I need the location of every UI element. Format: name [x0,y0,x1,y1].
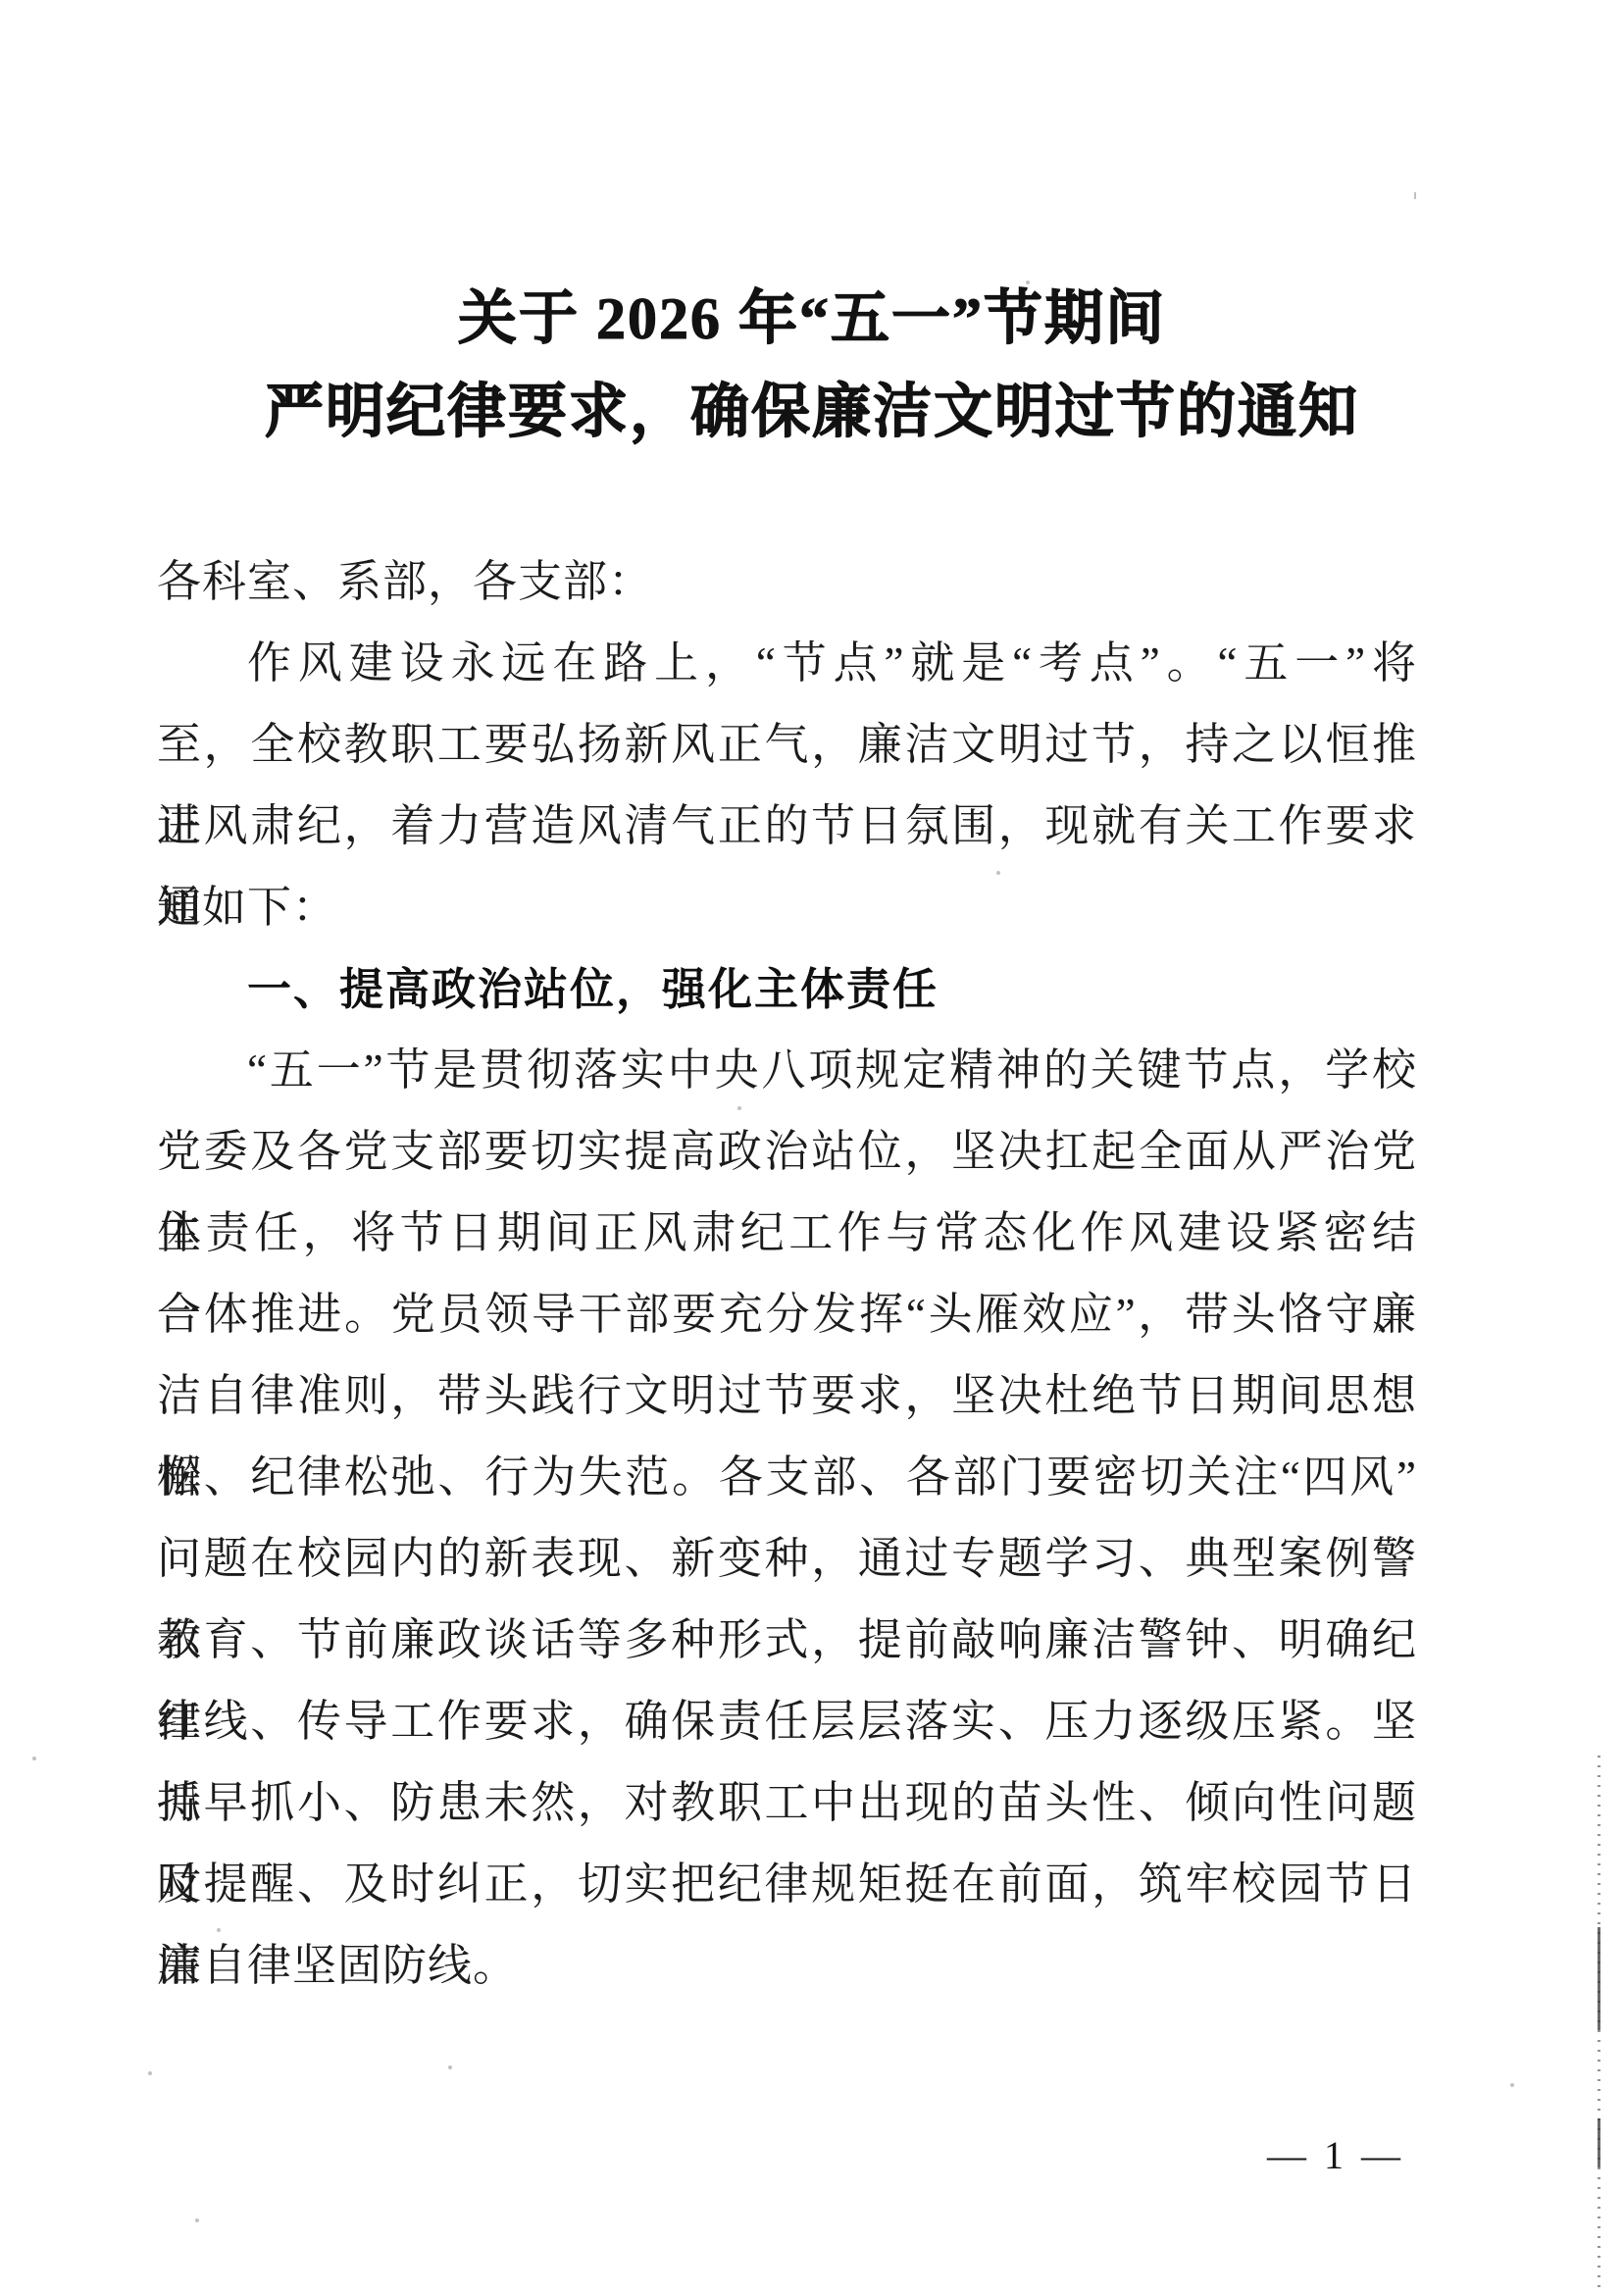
document-title: 关于 2026 年“五一”节期间 严明纪律要求，确保廉洁文明过节的通知 [0,273,1624,459]
body-line: 正风肃纪，着力营造风清气正的节日氛围，现就有关工作要求通 [157,786,1417,867]
scan-edge-artifact [1598,2118,1600,2167]
scan-speck [1026,280,1030,284]
section-heading: 一、提高政治站位，强化主体责任 [157,948,1417,1030]
scan-speck [1414,192,1416,199]
body-text: 各科室、系部，各支部：作风建设永远在路上，“节点”就是“考点”。“五一”将至，全… [157,541,1417,2007]
body-line: 知如下： [157,867,1417,948]
body-line: 问题在校园内的新表现、新变种，通过专题学习、典型案例警示 [157,1518,1417,1600]
document-page: 关于 2026 年“五一”节期间 严明纪律要求，确保廉洁文明过节的通知 各科室、… [0,0,1624,2293]
body-line: 各科室、系部，各支部： [157,541,1417,623]
scan-edge-artifact [1598,1927,1600,2030]
body-line: 懈、纪律松弛、行为失范。各支部、各部门要密切关注“四风” [157,1437,1417,1518]
body-line: 体责任，将节日期间正风肃纪工作与常态化作风建设紧密结合、 [157,1193,1417,1274]
scan-speck [148,2071,152,2075]
body-line: 洁自律坚固防线。 [157,1925,1417,2007]
body-line: 教育、节前廉政谈话等多种形式，提前敲响廉洁警钟、明确纪律 [157,1600,1417,1681]
body-line: 红线、传导工作要求，确保责任层层落实、压力逐级压紧。坚持 [157,1681,1417,1762]
body-line: 作风建设永远在路上，“节点”就是“考点”。“五一”将 [157,623,1417,704]
page-number: — 1 — [1267,2134,1404,2177]
body-line: 至，全校教职工要弘扬新风正气，廉洁文明过节，持之以恒推进 [157,704,1417,786]
body-line: “五一”节是贯彻落实中央八项规定精神的关键节点，学校 [157,1030,1417,1111]
scan-speck [32,1757,36,1760]
scan-speck [448,2065,452,2069]
body-line: 洁自律准则，带头践行文明过节要求，坚决杜绝节日期间思想松 [157,1355,1417,1437]
scan-speck [996,871,1000,875]
scan-speck [737,1106,741,1110]
body-line: 抓早抓小、防患未然，对教职工中出现的苗头性、倾向性问题及 [157,1762,1417,1844]
scan-speck [195,2218,199,2222]
scan-speck [217,1928,221,1932]
scan-speck [1510,2083,1514,2087]
body-line: 党委及各党支部要切实提高政治站位，坚决扛起全面从严治党主 [157,1111,1417,1193]
title-line-2: 严明纪律要求，确保廉洁文明过节的通知 [0,366,1624,459]
title-line-1: 关于 2026 年“五一”节期间 [0,273,1624,366]
body-line: 时提醒、及时纠正，切实把纪律规矩挺在前面，筑牢校园节日廉 [157,1844,1417,1925]
body-line: 一体推进。党员领导干部要充分发挥“头雁效应”，带头恪守廉 [157,1274,1417,1355]
